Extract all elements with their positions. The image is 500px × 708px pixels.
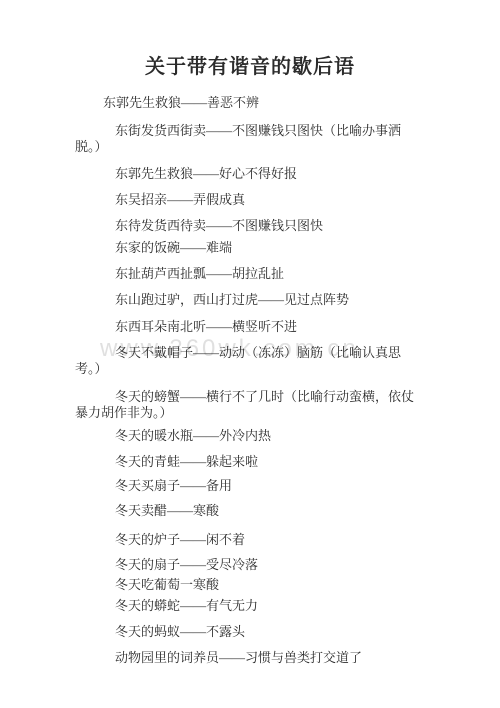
- document-page: www.360wk.com.cn 关于带有谐音的歇后语 东郭先生救狼——善恶不辨…: [0, 0, 500, 708]
- list-item: 东郭先生救狼——好心不得好报: [75, 166, 425, 182]
- list-item: 冬天的炉子——闲不着: [75, 532, 425, 548]
- page-title: 关于带有谐音的歇后语: [0, 55, 500, 79]
- list-item: 冬天卖醋——寒酸: [75, 503, 425, 519]
- list-item: 冬天的扇子——受尽冷落: [75, 557, 425, 573]
- list-item: 东街发货西街卖——不图赚钱只图快（比喻办事洒脱。）: [75, 123, 425, 155]
- list-item: 东西耳朵南北听——横竖听不进: [75, 319, 425, 335]
- list-item: 冬天的螃蟹——横行不了几时（比喻行动蛮横，依仗暴力胡作非为。）: [75, 389, 425, 421]
- list-item: 冬天不戴帽子——动动（冻冻）脑筋（比喻认真思考。）: [75, 345, 425, 377]
- document-body: 东郭先生救狼——善恶不辨 东街发货西街卖——不图赚钱只图快（比喻办事洒脱。） 东…: [0, 95, 500, 666]
- list-item: 冬天的暖水瓶——外冷内热: [75, 428, 425, 444]
- list-item: 东家的饭碗——难端: [75, 240, 425, 256]
- list-item: 东山跑过驴，西山打过虎——见过点阵势: [75, 292, 425, 308]
- list-item: 东吴招亲——弄假成真: [75, 192, 425, 208]
- list-item: 冬天买扇子——备用: [75, 478, 425, 494]
- list-item: 动物园里的词养员——习惯与兽类打交道了: [75, 650, 425, 666]
- list-item: 东郭先生救狼——善恶不辨: [75, 95, 425, 111]
- list-item: 冬天的蚂蚁——不露头: [75, 624, 425, 640]
- list-item: 冬天的青蛙——躲起来啦: [75, 454, 425, 470]
- list-item: 东扯葫芦西扯瓢——胡拉乱扯: [75, 266, 425, 282]
- list-item: 冬天的蟒蛇——有气无力: [75, 598, 425, 614]
- list-item: 冬天吃葡萄一寒酸: [75, 577, 425, 593]
- list-item: 东待发货西待卖——不图赚钱只图快: [75, 218, 425, 234]
